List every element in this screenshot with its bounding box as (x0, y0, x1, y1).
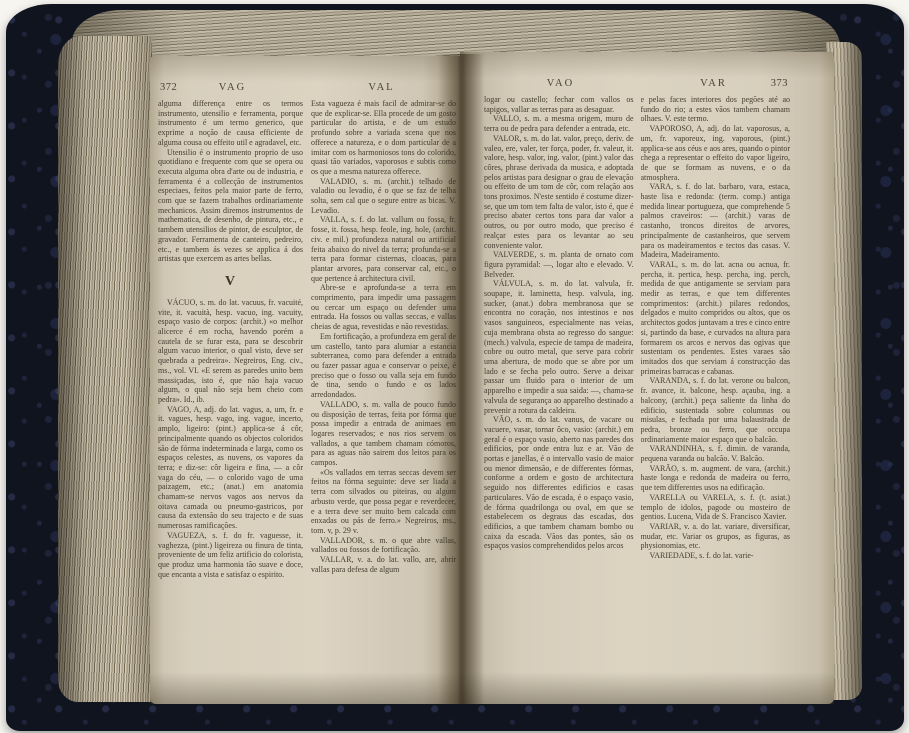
dictionary-paragraph: VARÃO, s. m. augment. de vara, (archit.)… (641, 464, 791, 493)
right-page-number: 373 (771, 78, 788, 89)
right-page-columns: logar ou castello; fechar com vallos os … (460, 95, 834, 683)
dictionary-paragraph: VAPOROSO, A, adj. do lat. vaporosus, a, … (641, 124, 791, 182)
dictionary-paragraph: VALADIO, s. m. (archit.) telhado de vala… (311, 177, 456, 216)
dictionary-paragraph: VÃO, s. m. do lat. vanus, de vacare ou v… (484, 415, 634, 551)
dictionary-paragraph: logar ou castello; fechar com vallos os … (484, 95, 634, 114)
page-edges-left (58, 36, 152, 702)
dictionary-paragraph: VARAL, s. m. do lat. acna ou acnua, fr. … (641, 260, 791, 376)
left-page-column-1: alguma differença entre os termos instru… (158, 99, 303, 687)
dictionary-paragraph: VARA, s. f. do lat. barbaro, vara, estac… (641, 182, 791, 260)
left-page-column-2: Esta vagueza é mais facil de admirar-se … (311, 99, 456, 687)
dictionary-paragraph: «Os vallados em terras seccas devem ser … (311, 468, 456, 536)
section-letter: V (158, 275, 303, 289)
running-head-word: VAO (484, 78, 637, 89)
right-page-running-head: VAO VAR 373 (460, 78, 834, 89)
dictionary-paragraph: VARANDA, s. f. do lat. verone ou balcon,… (641, 376, 791, 444)
dictionary-paragraph: VALLADO, s. m. valla de pouco fundo ou d… (311, 400, 456, 468)
running-head-word: VAG (158, 82, 307, 93)
dictionary-paragraph: VARELLA ou VARELA, s. f. (t. asiat.) tem… (641, 493, 791, 522)
left-page-number: 372 (160, 82, 177, 93)
dictionary-paragraph: VÁCUO, s. m. do lat. vacuus, fr. vacuité… (158, 298, 303, 405)
running-head-word: VAL (307, 82, 456, 93)
dictionary-paragraph: VARIAR, v. a. do lat. variare, diversifi… (641, 522, 791, 551)
dictionary-paragraph: VAGUEZA, s. f. do fr. vaguesse, it. vagh… (158, 531, 303, 580)
dictionary-paragraph: VARIEDADE, s. f. do lat. varie- (641, 551, 791, 561)
dictionary-paragraph: VAGO, A, adj. do lat. vagus, a, um, fr. … (158, 405, 303, 531)
right-page-column-2: e pelas faces interiores dos pegões até … (641, 95, 791, 683)
dictionary-paragraph: VÁLVULA, s. m. do lat. valvula, fr. soup… (484, 279, 634, 415)
left-page-columns: alguma differença entre os termos instru… (150, 99, 460, 687)
dictionary-paragraph: VALVERDE, s. m. planta de ornato com fig… (484, 250, 634, 279)
right-page-column-1: logar ou castello; fechar com vallos os … (484, 95, 634, 683)
book-photo: 372 VAG VAL alguma differença entre os t… (0, 0, 909, 733)
left-page-running-head: 372 VAG VAL (150, 82, 460, 93)
dictionary-paragraph: Abre-se e aprofunda-se a terra em compri… (311, 283, 456, 332)
left-page: 372 VAG VAL alguma differença entre os t… (150, 56, 460, 704)
dictionary-paragraph: alguma differença entre os termos instru… (158, 99, 303, 148)
dictionary-paragraph: Utensilio é o instrumento proprio de uso… (158, 148, 303, 264)
dictionary-paragraph: VALLO, s. m. a mesma origem, muro de ter… (484, 114, 634, 133)
dictionary-paragraph: e pelas faces interiores dos pegões até … (641, 95, 791, 124)
right-page: VAO VAR 373 logar ou castello; fechar co… (460, 52, 834, 704)
dictionary-paragraph: VARANDINHA, s. f. dimin. de varanda, peq… (641, 444, 791, 463)
dictionary-paragraph: Esta vagueza é mais facil de admirar-se … (311, 99, 456, 177)
dictionary-paragraph: Em fortificação, a profundeza em geral d… (311, 332, 456, 400)
dictionary-paragraph: VALLAR, v. a. do lat. vallo, are, abrir … (311, 555, 456, 574)
running-head-word: VAR (637, 78, 790, 89)
dictionary-paragraph: VALLADOR, s. m. o que abre vallas, valla… (311, 536, 456, 555)
dictionary-paragraph: VALLA, s. f. do lat. vallum ou fossa, fr… (311, 215, 456, 283)
dictionary-paragraph: VALOR, s. m. do lat. valor, preço, deriv… (484, 134, 634, 250)
